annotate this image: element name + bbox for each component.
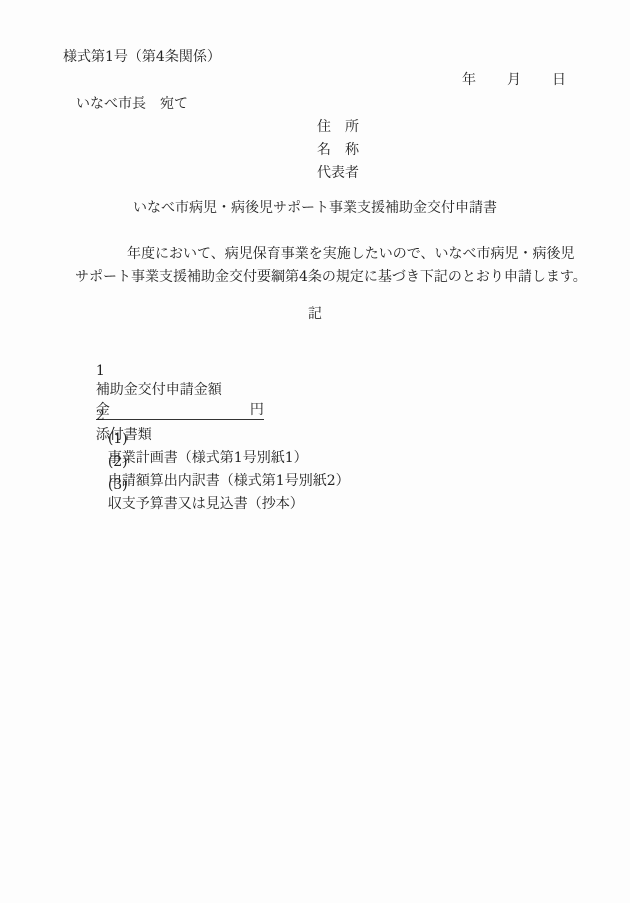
attachment-3-number: (3) [108,477,143,493]
document-page: 様式第1号（第4条関係） 年 月 日 いなべ市長 宛て 住 所 名 称 代表者 … [0,0,630,903]
body-paragraph-line-2: サポート事業支援補助金交付要綱第4条の規定に基づき下記のとおり申請します。 [75,266,587,286]
attachment-3-text: 収支予算書又は見込書（抄本） [108,496,304,512]
body-paragraph-line-1: 年度において、病児保育事業を実施したいので、いなべ市病児・病後児 [127,243,574,263]
form-number: 様式第1号（第4条関係） [63,46,221,66]
applicant-name-label: 名 称 [317,139,359,159]
document-title: いなべ市病児・病後児サポート事業支援補助金交付申請書 [0,197,630,217]
record-marker: 記 [0,303,630,323]
item-1-number: 1 [96,363,105,379]
addressee: いなべ市長 宛て [76,93,188,113]
applicant-address-label: 住 所 [317,116,359,136]
attachment-item-3: (3) 収支予算書又は見込書（抄本） [90,461,304,529]
applicant-representative-label: 代表者 [317,162,359,182]
date-line: 年 月 日 [462,69,567,89]
